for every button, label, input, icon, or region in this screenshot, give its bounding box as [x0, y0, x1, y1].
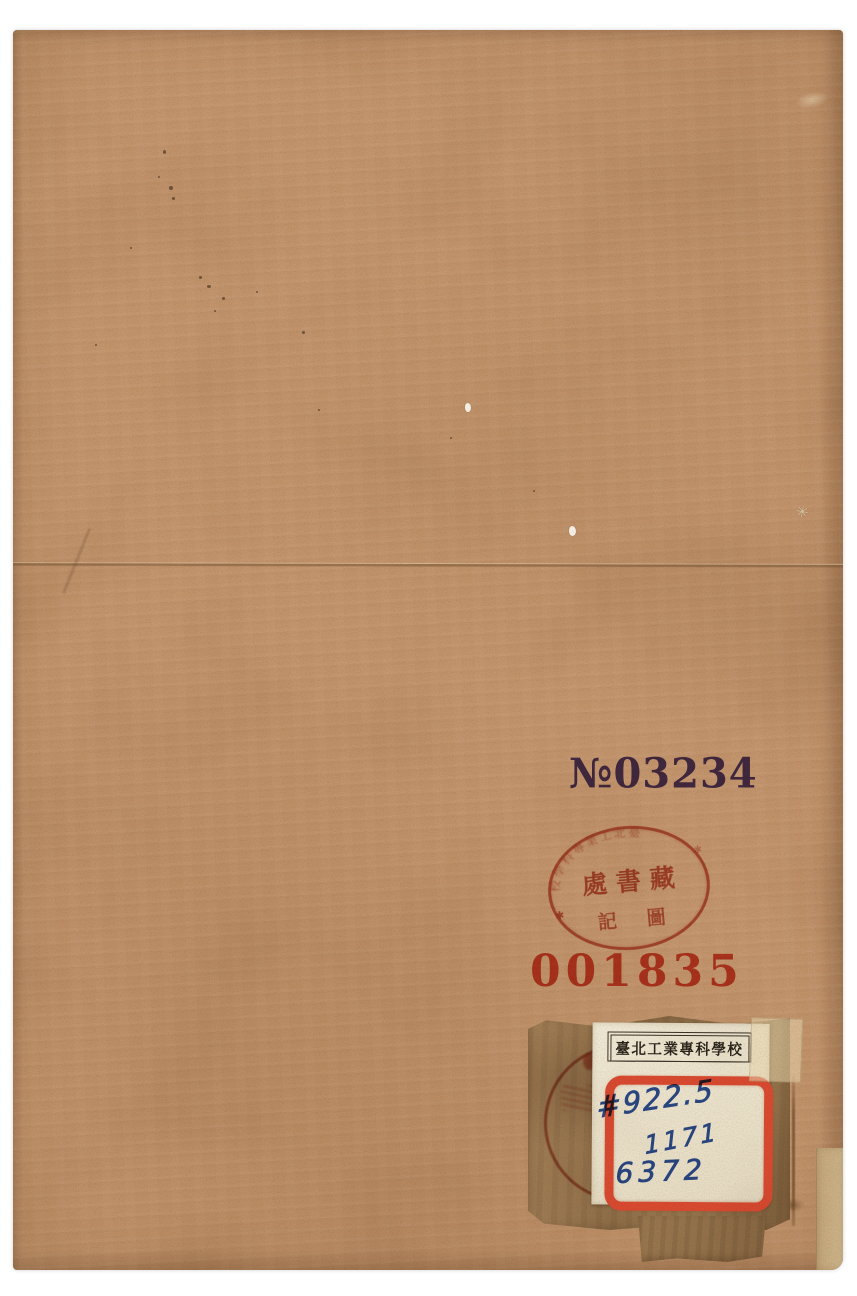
call-number-label: 臺北工業專科學校 #922.5 1171 6372 — [591, 1022, 769, 1205]
library-oval-seal: 校學科專業工北臺 處書藏 記 圖 ✱ ✱ — [543, 819, 715, 957]
seal-bottom-right-char: 圖 — [646, 908, 667, 929]
seal-star-left: ✱ — [555, 909, 565, 923]
seal-bottom-left-char: 記 — [597, 912, 618, 933]
white-speck — [465, 403, 471, 412]
speck — [318, 409, 320, 411]
label-header-inner-rule: 臺北工業專科學校 — [610, 1034, 749, 1062]
scanned-paper-sheet: ✳ №03234 校學科專業工北臺 處書藏 — [13, 30, 843, 1270]
white-speck — [569, 526, 576, 536]
speck — [163, 150, 166, 154]
speck — [172, 197, 175, 200]
speck — [222, 297, 225, 300]
star-scuff-mark: ✳ — [795, 502, 811, 522]
speck — [199, 276, 202, 279]
edge-tape-strip — [816, 1148, 843, 1270]
accession-number-stamp: №03234 — [569, 754, 758, 795]
speck — [533, 490, 535, 492]
call-number-line-3: 6372 — [615, 1156, 707, 1188]
speck — [214, 310, 216, 312]
tape-patch-lower — [638, 1216, 766, 1262]
speck — [95, 344, 97, 346]
seal-star-right: ✱ — [693, 845, 702, 857]
clear-tape-piece — [749, 1017, 803, 1083]
speck — [450, 437, 452, 439]
speck — [130, 247, 132, 249]
label-header-box: 臺北工業專科學校 — [607, 1031, 751, 1062]
serial-number-stamp: 001835 — [530, 950, 744, 994]
speck — [207, 285, 211, 288]
speck — [256, 291, 258, 293]
speck — [158, 176, 160, 178]
speck — [302, 331, 305, 334]
speck — [169, 186, 173, 190]
school-name: 臺北工業專科學校 — [615, 1037, 743, 1060]
